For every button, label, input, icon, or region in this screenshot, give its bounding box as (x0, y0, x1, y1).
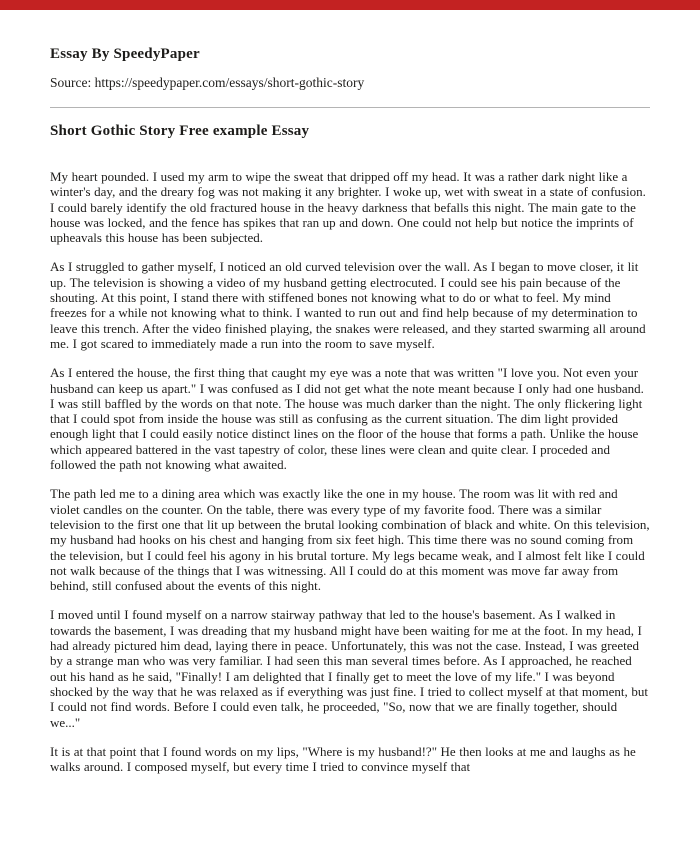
essay-body: My heart pounded. I used my arm to wipe … (50, 169, 650, 774)
essay-paragraph: My heart pounded. I used my arm to wipe … (50, 169, 650, 245)
document-page: Essay By SpeedyPaper Source: https://spe… (50, 10, 650, 788)
essay-paragraph: As I struggled to gather myself, I notic… (50, 259, 650, 351)
essay-paragraph: The path led me to a dining area which w… (50, 486, 650, 593)
essay-title: Short Gothic Story Free example Essay (50, 121, 650, 141)
document-byline: Essay By SpeedyPaper (50, 44, 650, 64)
essay-paragraph: I moved until I found myself on a narrow… (50, 607, 650, 729)
essay-paragraph: It is at that point that I found words o… (50, 744, 650, 775)
source-line: Source: https://speedypaper.com/essays/s… (50, 74, 650, 92)
divider (50, 107, 650, 108)
essay-paragraph: As I entered the house, the first thing … (50, 365, 650, 472)
top-accent-bar (0, 0, 700, 10)
